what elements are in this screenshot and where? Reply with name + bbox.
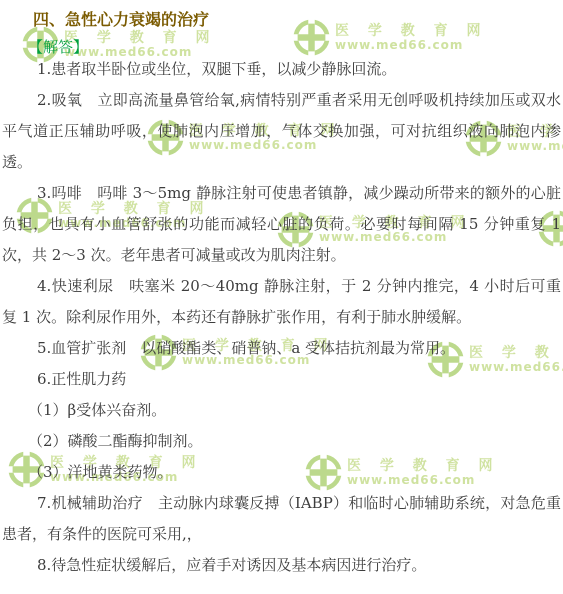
page-title: 四、急性心力衰竭的治疗 <box>33 7 209 30</box>
paragraph-list: 1.患者取半卧位或坐位，双腿下垂，以减少静脉回流。2.吸氧 立即高流量鼻管给氧,… <box>0 54 563 581</box>
paragraph: 7.机械辅助治疗 主动脉内球囊反搏（IABP）和临时心肺辅助系统，对急危重患者，… <box>2 488 561 550</box>
page-root: { "page": { "title": "四、急性心力衰竭的治疗", "ans… <box>0 0 563 594</box>
paragraph: 1.患者取半卧位或坐位，双腿下垂，以减少静脉回流。 <box>2 54 561 85</box>
paragraph: 4.快速利尿 呋塞米 20～40mg 静脉注射，于 2 分钟内推完，4 小时后可… <box>2 271 561 333</box>
paragraph: （1）β受体兴奋剂。 <box>2 395 561 426</box>
paragraph: 5.血管扩张剂 以硝酸酯类、硝普钠、a 受体拮抗剂最为常用。 <box>2 333 561 364</box>
paragraph: 6.正性肌力药 <box>2 364 561 395</box>
paragraph: 3.吗啡 吗啡 3～5mg 静脉注射可使患者镇静，减少躁动所带来的额外的心脏负担… <box>2 178 561 271</box>
paragraph: 2.吸氧 立即高流量鼻管给氧,病情特别严重者采用无创呼吸机持续加压或双水平气道正… <box>2 85 561 178</box>
paragraph: （2）磷酸二酯酶抑制剂。 <box>2 426 561 457</box>
paragraph: （3）洋地黄类药物。 <box>2 457 561 488</box>
paragraph: 8.待急性症状缓解后，应着手对诱因及基本病因进行治疗。 <box>2 550 561 581</box>
document-content: 四、急性心力衰竭的治疗 【解答】 1.患者取半卧位或坐位，双腿下垂，以减少静脉回… <box>0 0 563 594</box>
